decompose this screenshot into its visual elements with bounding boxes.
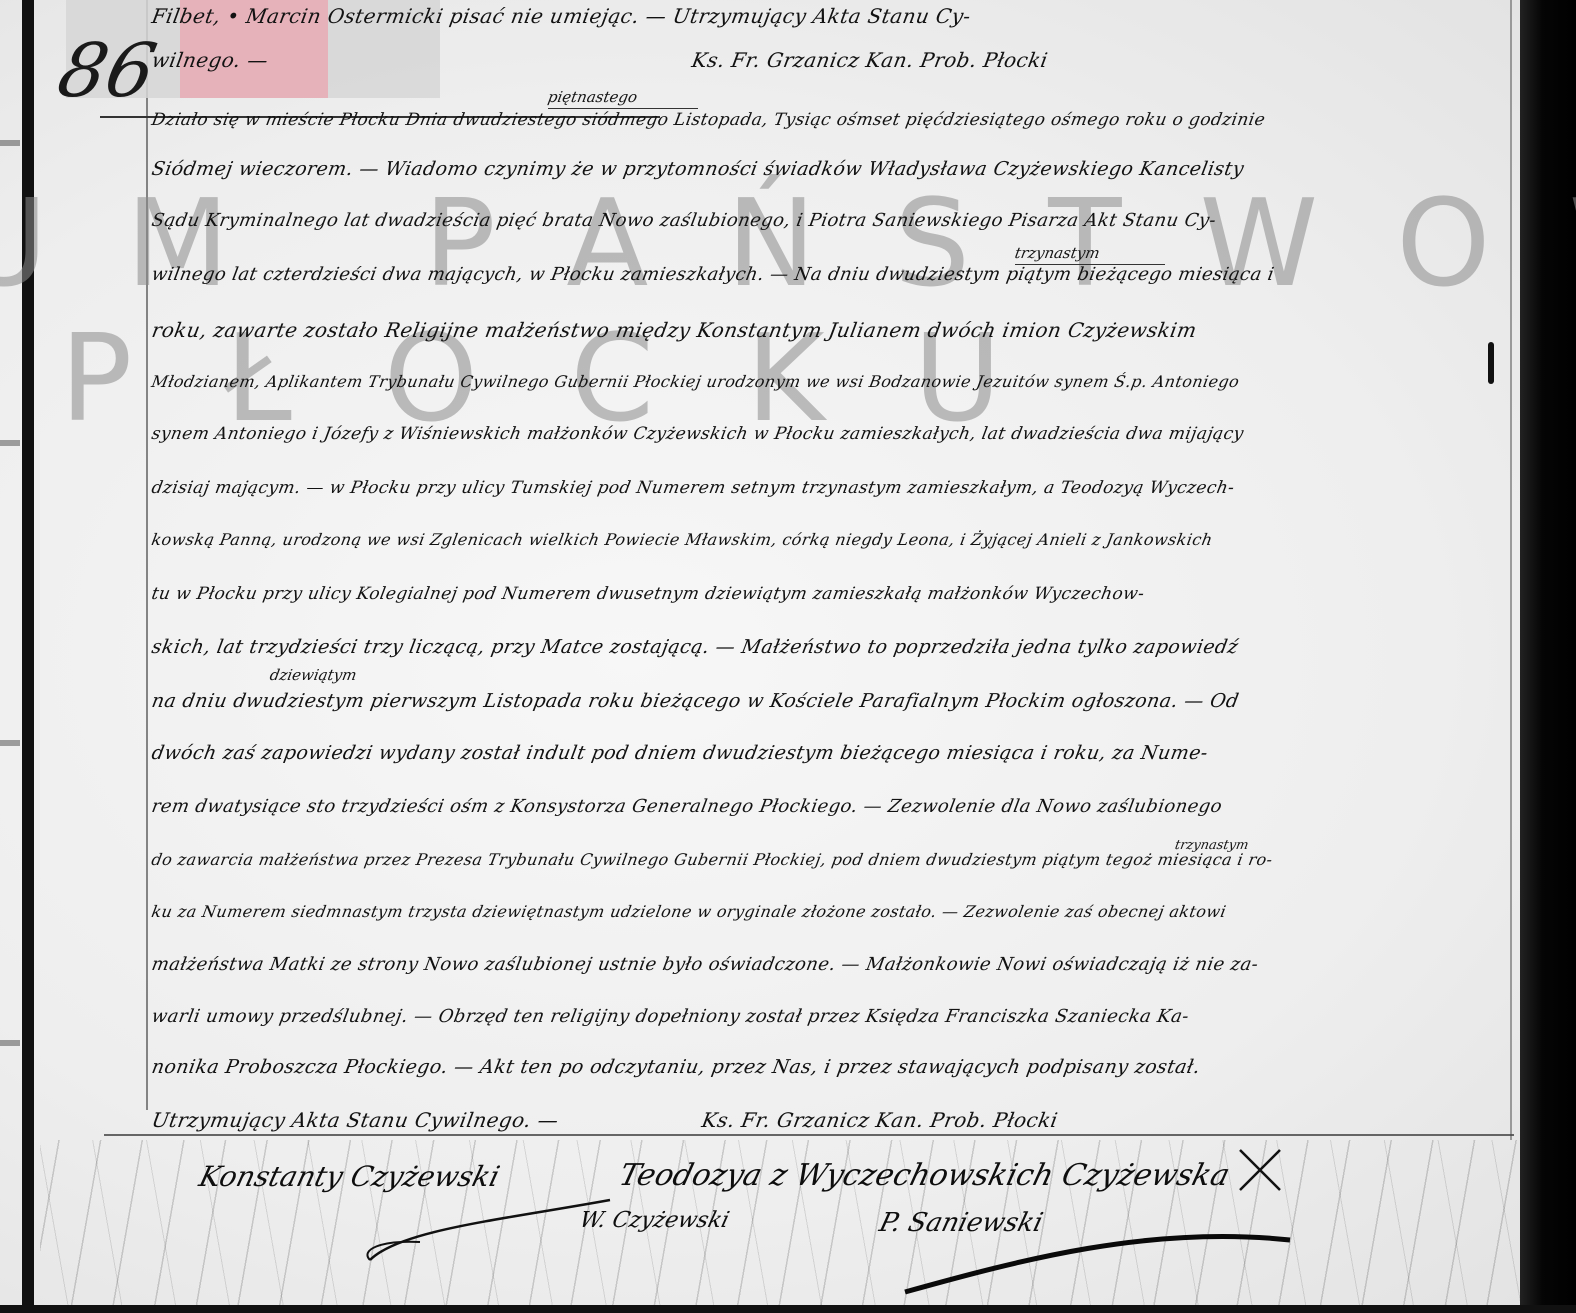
record-line-3: Sądu Kryminalnego lat dwadzieścia pięć b… xyxy=(150,210,1218,231)
record-line-1: Działo się w mieście Płocku Dnia dwudzie… xyxy=(150,110,1267,130)
record-line-19: nonika Proboszcza Płockiego. — Akt ten p… xyxy=(150,1056,1202,1078)
record-line-20: Utrzymujący Akta Stanu Cywilnego. — xyxy=(150,1108,560,1132)
right-margin-rule xyxy=(1510,0,1512,1140)
signature-witness-saniewski: P. Saniewski xyxy=(876,1208,1046,1238)
record-line-10: tu w Płocku przy ulicy Kolegialnej pod N… xyxy=(150,584,1146,604)
record-line-7: synem Antoniego i Józefy z Wiśniewskich … xyxy=(150,424,1245,444)
record-line-6: Młodzianem, Aplikantem Trybunału Cywilne… xyxy=(150,372,1241,391)
binding-edge xyxy=(22,0,34,1313)
bottom-rule xyxy=(104,1134,1514,1136)
interlinear-correction: piętnastego xyxy=(546,88,638,106)
margin-rule xyxy=(146,0,148,1110)
record-line-16: ku za Numerem siedmnastym trzysta dziewi… xyxy=(150,902,1228,921)
record-line-9: kowską Panną, urodzoną we wsi Zglenicach… xyxy=(150,530,1214,549)
record-line-13: dwóch zaś zapowiedzi wydany został indul… xyxy=(150,742,1210,764)
scan-border-bottom xyxy=(0,1305,1576,1313)
record-line-8: dzisiaj mającym. — w Płocku przy ulicy T… xyxy=(150,478,1236,498)
previous-entry-line-1: Filbet, • Marcin Ostermicki pisać nie um… xyxy=(150,4,973,28)
record-line-18: warli umowy przedślubnej. — Obrzęd ten r… xyxy=(150,1006,1191,1027)
previous-entry-line-2: wilnego. — xyxy=(150,48,270,72)
act-number: 86 xyxy=(51,28,163,114)
interlinear-correction: dziewiątym xyxy=(268,666,358,684)
record-line-4: wilnego lat czterdzieści dwa mających, w… xyxy=(150,264,1276,285)
signature-witness-czyzewski: W. Czyżewski xyxy=(577,1208,732,1233)
document-scan: UM PAŃSTWOWE PŁOCKU Filbet, • Marcin Ost… xyxy=(0,0,1576,1313)
signature-groom: Konstanty Czyżewski xyxy=(196,1160,503,1193)
record-line-2: Siódmej wieczorem. — Wiadomo czynimy że … xyxy=(150,158,1246,180)
record-line-17: małżeństwa Matki ze strony Nowo zaślubio… xyxy=(150,954,1260,975)
officiant-signature: Ks. Fr. Grzanicz Kan. Prob. Płocki xyxy=(700,1108,1060,1132)
scan-border-right xyxy=(1520,0,1576,1313)
previous-officiant-signature: Ks. Fr. Grzanicz Kan. Prob. Płocki xyxy=(690,48,1050,72)
record-line-11: skich, lat trzydzieści trzy liczącą, prz… xyxy=(150,636,1240,658)
record-line-14: rem dwatysiące sto trzydzieści ośm z Kon… xyxy=(150,796,1224,817)
record-line-5: roku, zawarte zostało Religijne małżeńst… xyxy=(150,318,1199,342)
page-edge-shadow xyxy=(0,0,20,1313)
correction-underline xyxy=(548,108,698,109)
signature-bride: Teodozya z Wyczechowskich Czyżewska xyxy=(616,1158,1234,1193)
archive-watermark-line1: UM PAŃSTWOWE xyxy=(0,175,1576,314)
record-line-12: na dniu dwudziestym pierwszym Listopada … xyxy=(150,690,1241,712)
interlinear-correction: trzynastym xyxy=(1013,244,1101,262)
record-line-15: do zawarcia małżeństwa przez Prezesa Try… xyxy=(150,850,1274,869)
margin-mark xyxy=(1488,342,1494,384)
